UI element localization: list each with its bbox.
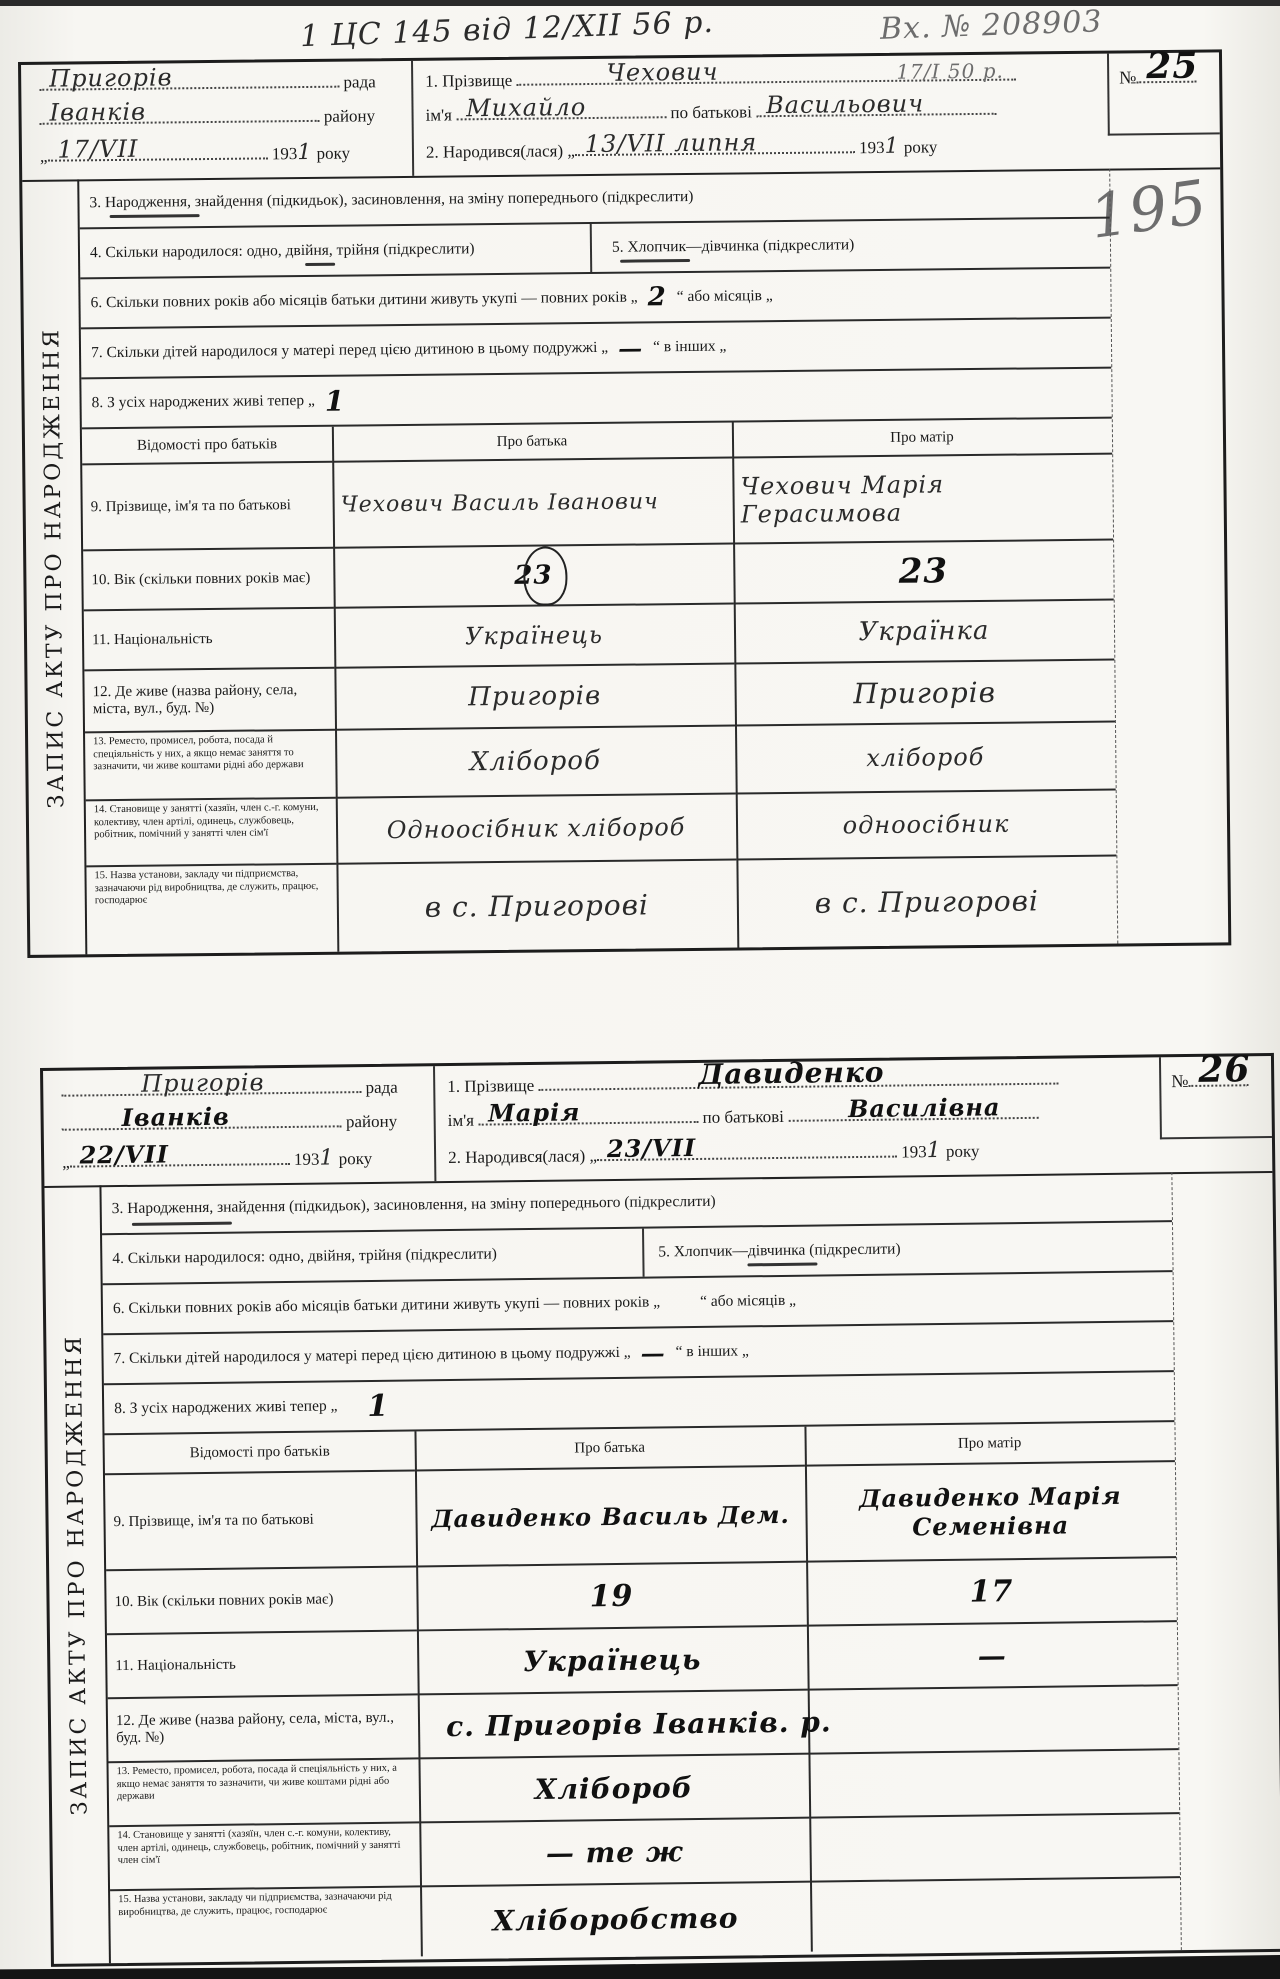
- year-label: року: [339, 1149, 373, 1168]
- parents-table: Відомості про батьків Про батька Про мат…: [82, 419, 1117, 955]
- q7-others-label: “ в інших „: [653, 338, 726, 357]
- q15-label: 15. Назва установи, закладу чи підприємс…: [86, 865, 337, 955]
- form-title-vertical: ЗАПИС АКТУ ПРО НАРОДЖЕННЯ: [39, 326, 69, 808]
- q9-label: 9. Прізвище, ім'я та по батькові: [105, 1471, 416, 1571]
- q14-label: 14. Становище у занятті (хазяїн, член с.…: [86, 799, 337, 868]
- year-label: року: [316, 144, 350, 163]
- surname-note: 17/I 50 р.: [896, 59, 1004, 84]
- mother-status-value: одноосібник: [843, 810, 1010, 840]
- mother-nationality-value: Українка: [858, 616, 989, 647]
- mother-name-value: Чехович Марія Герасимова: [740, 469, 1105, 529]
- q5-label: 5. Хлопчик—дівчинка (підкреслити): [642, 1241, 900, 1262]
- mother-age-value: 23: [899, 551, 949, 592]
- year-prefix: 193: [294, 1150, 320, 1169]
- surname-line: 1. Прізвище Чехович17/I 50 р.: [425, 65, 1016, 92]
- q7-label: 7. Скільки дітей народилося у матері пер…: [91, 339, 608, 362]
- child-block: 1. Прізвище Давиденко ім'я Марія по бать…: [435, 1058, 1136, 1182]
- father-occupation-cell: Хлібороб: [335, 727, 736, 799]
- mother-residence-value: Пригорів: [853, 675, 996, 709]
- q13-label: 13. Реместо, промисел, робота, посада й …: [108, 1759, 419, 1827]
- surname-label: 1. Прізвище: [425, 71, 512, 91]
- patronymic-value: Василівна: [848, 1092, 1001, 1123]
- q11-label: 11. Національність: [84, 609, 335, 672]
- q12-label: 12. Де живе (назва району, села, міста, …: [84, 669, 335, 734]
- record-number-value: 26: [1198, 1048, 1251, 1091]
- q4-label: 4. Скільки народилося: одно, двійня, трі…: [90, 239, 590, 262]
- mother-status-cell: [809, 1814, 1180, 1883]
- mother-workplace-cell: в с. Пригорові: [736, 857, 1117, 948]
- mother-name-value: Давиденко Марія Семенівна: [813, 1480, 1168, 1542]
- q3-underline: [110, 214, 200, 218]
- q8-value: 1: [325, 384, 346, 417]
- district-label: району: [324, 106, 375, 126]
- father-workplace-cell: в с. Пригорові: [336, 861, 737, 952]
- record-number-box: №26: [1159, 1056, 1272, 1139]
- mother-name-cell: Давиденко Марія Семенівна: [805, 1462, 1176, 1563]
- born-year-label: року: [904, 137, 938, 156]
- q6-label: 6. Скільки повних років або місяців бать…: [113, 1293, 660, 1318]
- q6-label: 6. Скільки повних років або місяців бать…: [90, 289, 637, 313]
- q12-label: 12. Де живе (назва району, села, міста, …: [108, 1695, 419, 1763]
- surname-value: Давиденко: [698, 1056, 884, 1091]
- council-label: рада: [343, 72, 375, 91]
- form-title-vertical: ЗАПИС АКТУ ПРО НАРОДЖЕННЯ: [61, 1334, 92, 1816]
- mother-occupation-value: хлібороб: [866, 743, 984, 772]
- registration-date-line: „17/VII 1931 року: [40, 140, 350, 168]
- q11-label: 11. Національність: [107, 1631, 418, 1699]
- parents-table: Відомості про батьків Про батька Про мат…: [104, 1422, 1180, 1960]
- parents-info-header: Відомості про батьків: [104, 1431, 414, 1475]
- father-age-cell: 19: [416, 1563, 807, 1632]
- year-digit: 1: [319, 1145, 334, 1170]
- district-line: Іванків району: [62, 1111, 398, 1136]
- father-nationality-value: Українець: [523, 1642, 702, 1677]
- council-value: Пригорів: [141, 1068, 265, 1098]
- council-line: Пригорів рада: [39, 71, 376, 96]
- registration-date-value: 22/VII: [79, 1139, 169, 1169]
- year-digit: 1: [297, 140, 312, 165]
- council-value: Пригорів: [49, 63, 173, 92]
- surname-value: Чехович: [606, 58, 718, 87]
- incoming-number-note: Вх. № 208903: [879, 4, 1103, 47]
- record-number-box: №25: [1107, 52, 1220, 135]
- name-label: ім'я: [425, 105, 452, 124]
- q8-label: 8. З усіх народжених живі тепер „: [114, 1397, 337, 1418]
- born-label: 2. Народився(лася): [448, 1146, 585, 1167]
- father-name-cell: Чехович Василь Іванович: [332, 459, 733, 549]
- father-workplace-cell: Хліборобство: [420, 1883, 811, 1957]
- year-prefix: 193: [272, 144, 298, 163]
- mother-nationality-cell: Українка: [734, 601, 1115, 665]
- q9-label: 9. Прізвище, ім'я та по батькові: [82, 463, 333, 552]
- born-label: 2. Народився(лася): [426, 141, 563, 161]
- father-residence-cell: Пригорів: [334, 665, 735, 731]
- registry-office-block: Пригорів рада Іванків району „17/VII 193…: [21, 61, 414, 180]
- q7-value: —: [640, 1338, 665, 1367]
- name-line: ім'я Михайло по батькові Васильович: [425, 99, 996, 126]
- mother-workplace-value: в с. Пригорові: [815, 884, 1039, 919]
- q13-label: 13. Реместо, промисел, робота, посада й …: [85, 731, 336, 802]
- father-status-cell: Одноосібник хлібороб: [336, 795, 737, 865]
- number-label: №: [1171, 1071, 1188, 1091]
- q4-underline: [305, 263, 335, 266]
- father-header: Про батька: [414, 1427, 804, 1472]
- birth-date-value: 23/VII: [607, 1133, 697, 1163]
- name-value: Михайло: [466, 93, 586, 122]
- registration-date-line: „22/VII 1931 року: [62, 1145, 372, 1174]
- father-name-value: Давиденко Василь Дем.: [431, 1499, 790, 1532]
- child-block: 1. Прізвище Чехович17/I 50 р. ім'я Михай…: [413, 54, 1094, 176]
- council-label: рада: [365, 1078, 397, 1097]
- scanned-page: 1 ЦС 145 від 12/XII 56 р. Вх. № 208903 1…: [0, 0, 1280, 1979]
- form-side-title: ЗАПИС АКТУ ПРО НАРОДЖЕННЯ: [44, 1185, 111, 1964]
- record-number-value: 25: [1146, 45, 1199, 88]
- q5-underline: [747, 1263, 817, 1267]
- form-side-title: ЗАПИС АКТУ ПРО НАРОДЖЕННЯ: [22, 179, 87, 955]
- father-status-value: Одноосібник хлібороб: [387, 813, 686, 844]
- district-line: Іванків району: [39, 105, 375, 130]
- q6-months-label: “ або місяців „: [700, 1292, 796, 1311]
- parents-info-header: Відомості про батьків: [82, 427, 332, 466]
- q7-others-label: “ в інших „: [675, 1342, 749, 1361]
- q3-underline: [132, 1222, 232, 1226]
- patronymic-label: по батькові: [670, 102, 752, 122]
- mother-name-cell: Чехович Марія Герасимова: [732, 455, 1113, 545]
- father-name-cell: Давиденко Василь Дем.: [415, 1467, 806, 1568]
- born-year-digit: 1: [884, 134, 899, 159]
- birth-date-line: 2. Народився(лася) „23/VII 1931 року: [448, 1138, 980, 1169]
- born-year-prefix: 193: [901, 1142, 927, 1161]
- mother-age-cell: 17: [806, 1558, 1177, 1627]
- father-occupation-value: Хлібороб: [470, 746, 601, 777]
- name-label: ім'я: [448, 1111, 475, 1130]
- father-name-value: Чехович Василь Іванович: [341, 489, 659, 517]
- surname-label: 1. Прізвище: [447, 1076, 534, 1096]
- form-header: Пригорів рада Іванків району „17/VII 193…: [21, 52, 1220, 182]
- father-header: Про батька: [332, 423, 732, 463]
- mother-nationality-cell: —: [807, 1622, 1178, 1691]
- father-occupation-cell: Хлібороб: [418, 1755, 809, 1824]
- father-status-value: — те ж: [546, 1835, 684, 1870]
- district-value: Іванків: [49, 98, 146, 127]
- born-year-label: року: [946, 1142, 980, 1161]
- father-workplace-value: Хліборобство: [492, 1902, 738, 1938]
- district-value: Іванків: [121, 1102, 230, 1132]
- q3-label: 3. Народження, знайдення (підкидьок), за…: [89, 188, 693, 212]
- name-value: Марія: [488, 1097, 580, 1127]
- q14-label: 14. Становище у занятті (хазяїн, член с.…: [109, 1823, 420, 1891]
- q8-label: 8. З усіх народжених живі тепер „: [91, 392, 314, 412]
- born-year-prefix: 193: [859, 138, 885, 157]
- mother-workplace-cell: [810, 1878, 1181, 1952]
- q8-value: 1: [367, 1388, 389, 1423]
- father-nationality-cell: Українець: [417, 1627, 808, 1696]
- q4-label: 4. Скільки народилося: одно, двійня, трі…: [112, 1244, 642, 1268]
- father-residence-cell: с. Пригорів Іванків. р.: [418, 1686, 1179, 1759]
- q7-label: 7. Скільки дітей народилося у матері пер…: [113, 1344, 630, 1368]
- birth-date-value: 13/VII липня: [585, 128, 758, 158]
- form-body: 3. Народження, знайдення (підкидьок), за…: [101, 1171, 1280, 1963]
- born-year-digit: 1: [927, 1138, 942, 1163]
- q10-label: 10. Вік (скільки повних років має): [106, 1567, 417, 1635]
- father-nationality-cell: Українець: [334, 605, 735, 669]
- father-nationality-value: Українець: [465, 621, 603, 650]
- father-age-value: 19: [589, 1578, 633, 1614]
- district-label: району: [346, 1112, 397, 1132]
- mother-age-cell: 23: [733, 541, 1114, 605]
- name-line: ім'я Марія по батькові Василівна: [448, 1103, 1039, 1131]
- mother-occupation-cell: хлібороб: [735, 723, 1116, 795]
- q6-years-value: 2: [647, 282, 666, 312]
- q7-value: —: [618, 333, 643, 362]
- father-occupation-value: Хлібороб: [535, 1771, 694, 1806]
- q3-label: 3. Народження, знайдення (підкидьок), за…: [112, 1193, 716, 1218]
- number-label: №: [1119, 67, 1136, 87]
- form-body: 3. Народження, знайдення (підкидьок), за…: [79, 167, 1228, 954]
- registration-date-value: 17/VII: [57, 135, 138, 164]
- mother-header: Про матір: [804, 1422, 1174, 1467]
- archive-reference-note: 1 ЦС 145 від 12/XII 56 р.: [300, 5, 715, 54]
- signature-scribble: [523, 546, 568, 605]
- birth-record-form-25: Пригорів рада Іванків району „17/VII 193…: [18, 49, 1231, 958]
- mother-occupation-cell: [808, 1750, 1179, 1819]
- birth-record-form-26: Пригорів рада Іванків району „22/VII 193…: [40, 1053, 1280, 1967]
- father-status-cell: — те ж: [419, 1819, 810, 1888]
- form-header: Пригорів рада Іванків району „22/VII 193…: [43, 1056, 1272, 1188]
- father-workplace-value: в с. Пригорові: [425, 888, 649, 923]
- q15-label: 15. Назва установи, закладу чи підприємс…: [110, 1887, 421, 1960]
- q10-label: 10. Вік (скільки повних років має): [83, 549, 334, 612]
- patronymic-value: Васильович: [766, 90, 924, 120]
- mother-header: Про матір: [732, 419, 1112, 459]
- birth-date-line: 2. Народився(лася) „13/VII липня 1931 ро…: [426, 133, 938, 163]
- mother-age-value: 17: [969, 1574, 1013, 1610]
- q6-months-label: “ або місяців „: [677, 287, 773, 306]
- patronymic-label: по батькові: [702, 1107, 784, 1127]
- mother-nationality-value: —: [978, 1639, 1007, 1672]
- q5-label: 5. Хлопчик—дівчинка (підкреслити): [590, 236, 854, 257]
- father-residence-value: с. Пригорів Іванків. р.: [426, 1705, 832, 1743]
- father-residence-value: Пригорів: [468, 681, 601, 712]
- registry-office-block: Пригорів рада Іванків району „22/VII 193…: [43, 1066, 436, 1186]
- mother-status-cell: одноосібник: [736, 791, 1117, 861]
- father-age-cell: 23: [333, 545, 734, 609]
- mother-residence-cell: Пригорів: [734, 661, 1115, 727]
- council-line: Пригорів рада: [61, 1077, 398, 1102]
- q5-underline: [620, 259, 690, 263]
